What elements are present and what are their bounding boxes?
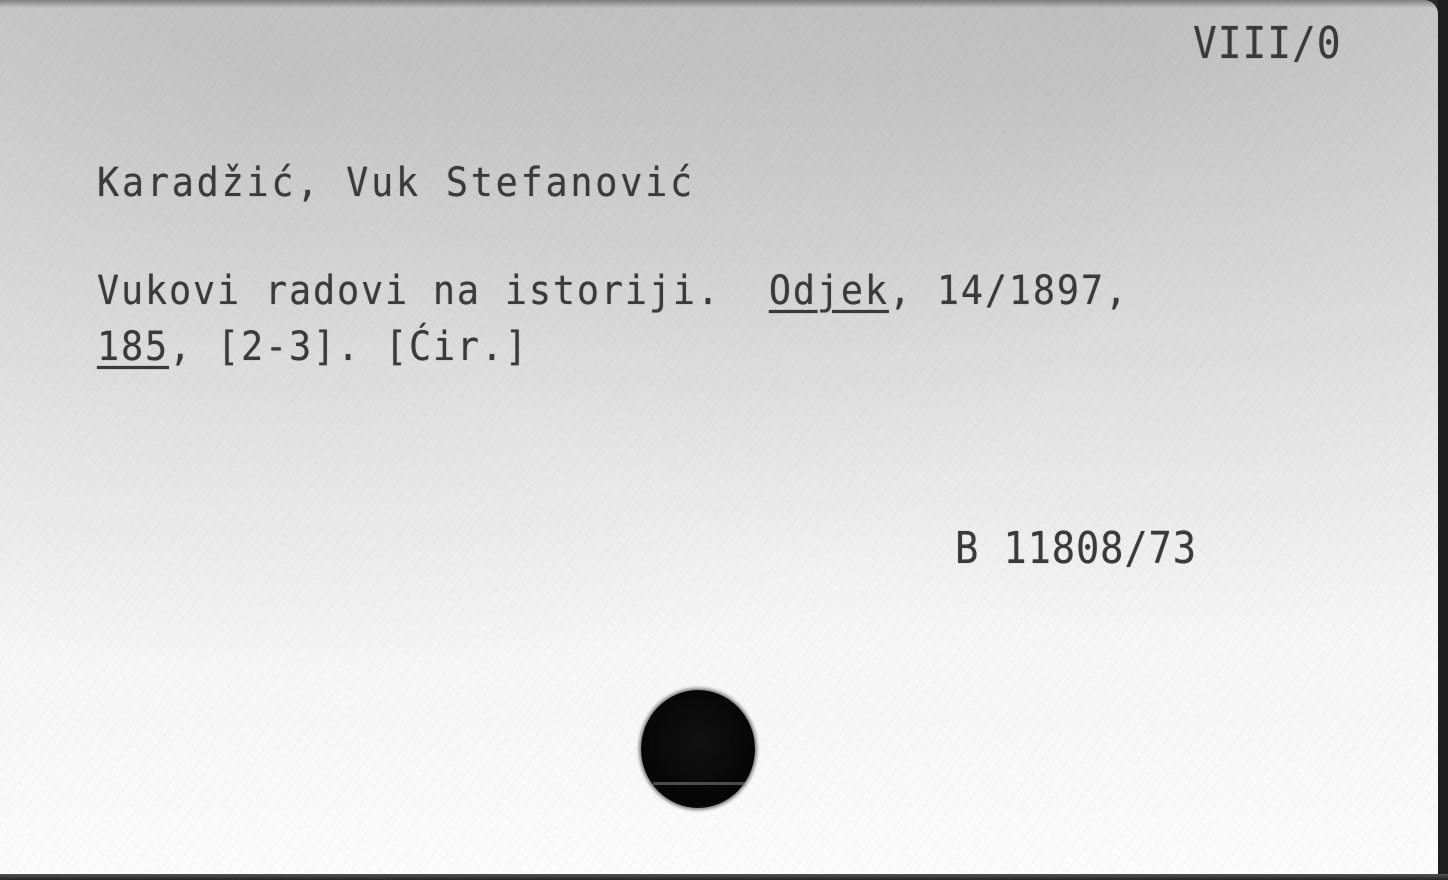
page-number: 185	[97, 324, 169, 370]
call-number: VIII/0	[1193, 18, 1341, 69]
catalog-card: VIII/0 Karadžić, Vuk Stefanović Vukovi r…	[0, 0, 1438, 874]
punch-hole	[641, 690, 755, 808]
scan-border-right	[1438, 0, 1448, 880]
page-suffix: , [2-3]. [Ćir.]	[169, 324, 529, 370]
card-top-shadow	[0, 0, 1438, 8]
accession-number: B 11808/73	[955, 523, 1197, 574]
article-title: Vukovi radovi na istoriji.	[97, 268, 721, 314]
citation-line-2: 185, [2-3]. [Ćir.]	[97, 324, 529, 370]
scan-border-bottom	[0, 874, 1448, 880]
citation-line-1: Vukovi radovi na istoriji. Odjek, 14/189…	[97, 268, 1129, 314]
author-heading: Karadžić, Vuk Stefanović	[97, 160, 695, 206]
journal-title: Odjek	[769, 268, 889, 314]
issue-info: , 14/1897,	[889, 268, 1129, 314]
